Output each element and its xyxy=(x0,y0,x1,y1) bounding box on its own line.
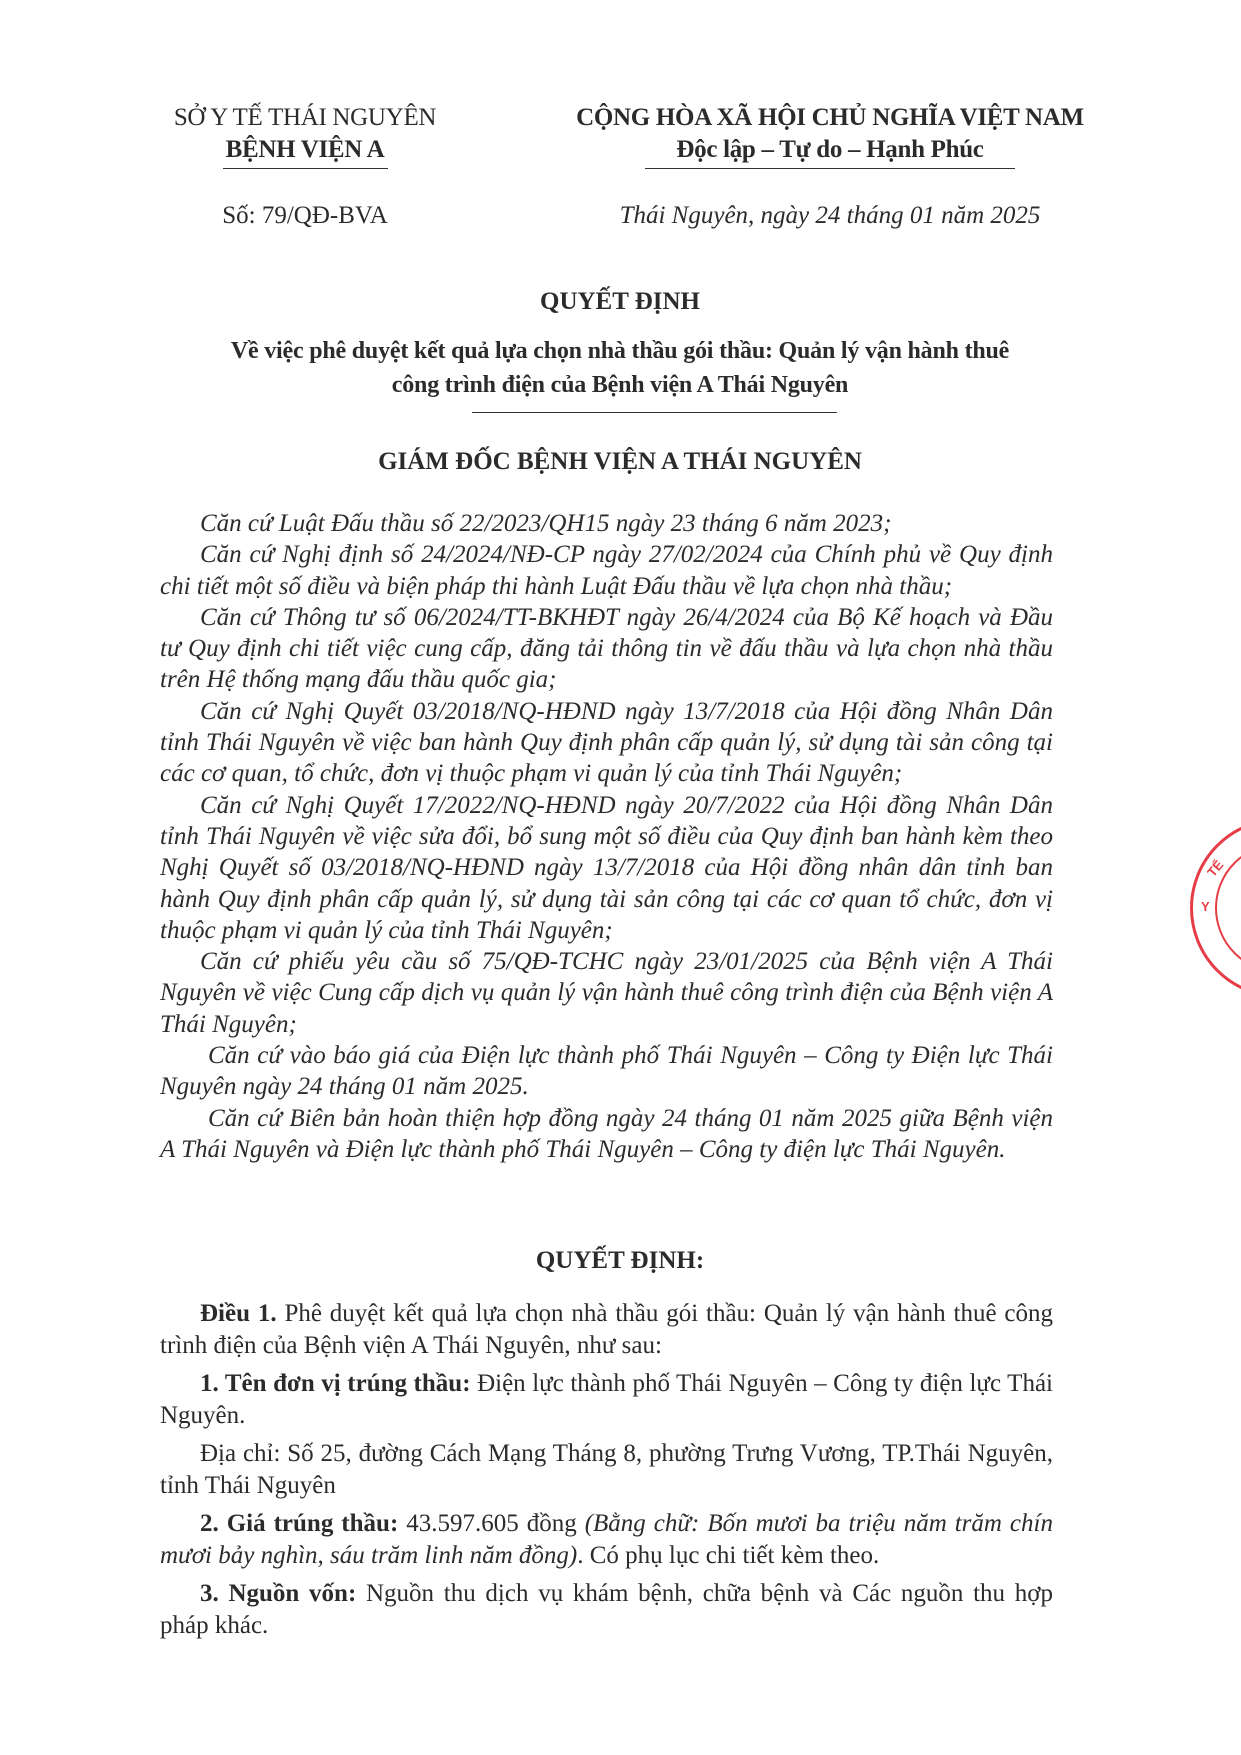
legal-basis: Căn cứ Nghị Quyết 17/2022/NQ-HĐND ngày 2… xyxy=(160,790,1053,946)
winning-contractor-label: 1. Tên đơn vị trúng thầu: xyxy=(200,1370,471,1397)
legal-basis: Căn cứ Nghị Quyết 03/2018/NQ-HĐND ngày 1… xyxy=(160,696,1053,790)
winning-price-label: 2. Giá trúng thầu: xyxy=(200,1510,398,1537)
article-1-text: Phê duyệt kết quả lựa chọn nhà thầu gói … xyxy=(160,1300,1053,1359)
document-number: Số: 79/QĐ-BVA xyxy=(140,202,470,230)
stamp-text-2: TẾ xyxy=(1204,857,1226,879)
article-1-label: Điều 1. xyxy=(200,1300,277,1327)
legal-basis: Căn cứ phiếu yêu cầu số 75/QĐ-TCHC ngày … xyxy=(160,946,1053,1040)
issuing-agency-block: SỞ Y TẾ THÁI NGUYÊN BỆNH VIỆN A xyxy=(140,102,470,169)
national-motto: Độc lập – Tự do – Hạnh Phúc xyxy=(530,134,1130,166)
legal-basis: Căn cứ Nghị định số 24/2024/NĐ-CP ngày 2… xyxy=(160,539,1053,602)
winning-price: 2. Giá trúng thầu: 43.597.605 đồng (Bằng… xyxy=(160,1508,1053,1572)
legal-basis: Căn cứ vào báo giá của Điện lực thành ph… xyxy=(160,1040,1053,1103)
document-type: QUYẾT ĐỊNH xyxy=(150,288,1090,316)
funding-source-label: 3. Nguồn vốn: xyxy=(200,1580,356,1607)
agency-underline xyxy=(223,168,388,169)
winning-price-note: . Có phụ lục chi tiết kèm theo. xyxy=(577,1542,879,1569)
legal-basis: Căn cứ Biên bản hoàn thiện hợp đồng ngày… xyxy=(160,1103,1053,1166)
agency-name: BỆNH VIỆN A xyxy=(140,134,470,166)
place-and-date: Thái Nguyên, ngày 24 tháng 01 năm 2025 xyxy=(530,202,1130,230)
subject-line-1: Về việc phê duyệt kết quả lựa chọn nhà t… xyxy=(150,334,1090,368)
decision-body: Điều 1. Phê duyệt kết quả lựa chọn nhà t… xyxy=(160,1298,1053,1648)
motto-underline xyxy=(645,168,1015,169)
article-1: Điều 1. Phê duyệt kết quả lựa chọn nhà t… xyxy=(160,1298,1053,1362)
subject-underline xyxy=(472,412,837,413)
national-name: CỘNG HÒA XÃ HỘI CHỦ NGHĨA VIỆT NAM xyxy=(530,102,1130,134)
winning-price-amount: 43.597.605 đồng xyxy=(398,1510,584,1537)
subject-line-2: công trình điện của Bệnh viện A Thái Ngu… xyxy=(150,368,1090,402)
legal-basis: Căn cứ Thông tư số 06/2024/TT-BKHĐT ngày… xyxy=(160,602,1053,696)
red-seal-stamp: Y TẾ xyxy=(1190,818,1241,998)
document-subject: Về việc phê duyệt kết quả lựa chọn nhà t… xyxy=(150,334,1090,402)
issuing-authority: GIÁM ĐỐC BỆNH VIỆN A THÁI NGUYÊN xyxy=(150,448,1090,476)
stamp-text-1: Y xyxy=(1201,899,1210,914)
document-page: SỞ Y TẾ THÁI NGUYÊN BỆNH VIỆN A CỘNG HÒA… xyxy=(0,0,1241,1755)
decision-heading: QUYẾT ĐỊNH: xyxy=(150,1247,1090,1275)
legal-basis: Căn cứ Luật Đấu thầu số 22/2023/QH15 ngà… xyxy=(160,508,1053,539)
contractor-address: Địa chỉ: Số 25, đường Cách Mạng Tháng 8,… xyxy=(160,1438,1053,1502)
national-heading-block: CỘNG HÒA XÃ HỘI CHỦ NGHĨA VIỆT NAM Độc l… xyxy=(530,102,1130,169)
parent-agency: SỞ Y TẾ THÁI NGUYÊN xyxy=(140,102,470,134)
funding-source: 3. Nguồn vốn: Nguồn thu dịch vụ khám bện… xyxy=(160,1578,1053,1642)
winning-contractor: 1. Tên đơn vị trúng thầu: Điện lực thành… xyxy=(160,1368,1053,1432)
legal-bases: Căn cứ Luật Đấu thầu số 22/2023/QH15 ngà… xyxy=(160,508,1053,1165)
